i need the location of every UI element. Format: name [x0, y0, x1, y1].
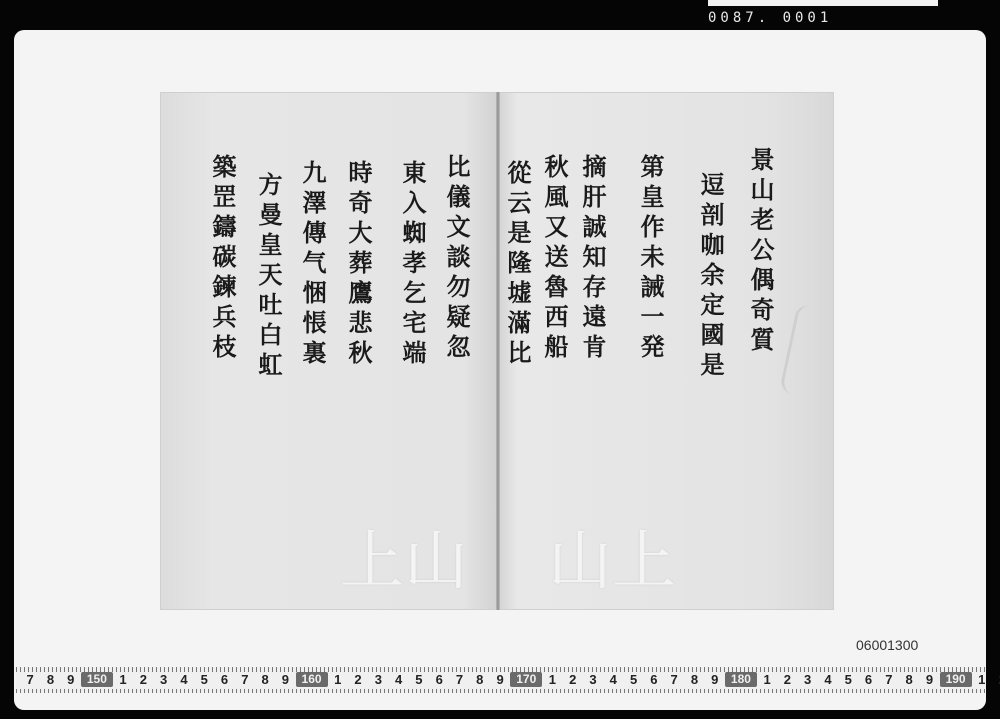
ruler-label: 4 — [818, 672, 838, 687]
ruler-label: 4 — [174, 672, 194, 687]
ruler-label: 7 — [879, 672, 899, 687]
text-column: 築罡鑄碳鍊兵枝 — [210, 154, 234, 364]
text-column: 景山老公偶奇質 — [748, 147, 772, 357]
reference-number: 06001300 — [856, 637, 918, 653]
ruler-label: 4 — [603, 672, 623, 687]
ruler-label: 7 — [20, 672, 40, 687]
ruler-labels: 7891501234567891601234567891701234567891… — [20, 672, 1000, 687]
ruler-label: 160 — [296, 672, 328, 687]
ruler-label: 2 — [992, 672, 1000, 687]
page-fold — [496, 92, 500, 610]
ruler-label: 9 — [919, 672, 939, 687]
ruler-label: 5 — [409, 672, 429, 687]
ruler-label: 6 — [858, 672, 878, 687]
ruler-label: 9 — [275, 672, 295, 687]
ruler-label: 9 — [61, 672, 81, 687]
ruler-label: 6 — [429, 672, 449, 687]
ruler-label: 170 — [510, 672, 542, 687]
text-column: 摘肝誠知存遠肯 — [580, 154, 604, 364]
ruler-label: 150 — [81, 672, 113, 687]
text-column: 秋風又送魯西船 — [542, 154, 566, 364]
ruler-label: 1 — [972, 672, 992, 687]
ruler-label: 190 — [940, 672, 972, 687]
ruler-label: 3 — [583, 672, 603, 687]
ruler-label: 3 — [798, 672, 818, 687]
ruler-label: 5 — [838, 672, 858, 687]
ruler-label: 9 — [705, 672, 725, 687]
text-column: 第皇作未誡一発 — [638, 154, 662, 364]
ruler-label: 7 — [664, 672, 684, 687]
ruler-label: 1 — [328, 672, 348, 687]
ruler-label: 2 — [563, 672, 583, 687]
ruler-label: 1 — [542, 672, 562, 687]
ruler-label: 7 — [449, 672, 469, 687]
text-column: 九澤傳气悃悵裏 — [300, 160, 324, 370]
ruler-label: 8 — [255, 672, 275, 687]
ruler-label: 1 — [113, 672, 133, 687]
ruler-label: 8 — [40, 672, 60, 687]
ruler-label: 3 — [368, 672, 388, 687]
watermark-seal-right: 山上 — [548, 510, 676, 602]
ruler-label: 3 — [153, 672, 173, 687]
text-column: 逗剖咖余定國是 — [698, 172, 722, 382]
text-column: 時奇大葬鷹悲秋 — [346, 160, 370, 370]
ruler-label: 7 — [235, 672, 255, 687]
ruler-label: 5 — [623, 672, 643, 687]
text-column: 方曼皇天吐白虹 — [256, 172, 280, 382]
ruler-label: 8 — [470, 672, 490, 687]
manuscript-spread: 景山老公偶奇質 逗剖咖余定國是 第皇作未誡一発 摘肝誠知存遠肯 秋風又送魯西船 … — [160, 92, 834, 610]
text-column: 從云是隆墟滿比 — [505, 160, 529, 370]
ruler-ticks — [16, 689, 986, 693]
ruler-label: 2 — [133, 672, 153, 687]
ruler-label: 8 — [899, 672, 919, 687]
ruler-label: 9 — [490, 672, 510, 687]
scale-ruler: 7891501234567891601234567891701234567891… — [16, 667, 986, 693]
ruler-label: 6 — [644, 672, 664, 687]
ruler-label: 1 — [757, 672, 777, 687]
watermark-seal-left: 上山 — [340, 510, 468, 602]
ruler-label: 5 — [194, 672, 214, 687]
ruler-label: 2 — [777, 672, 797, 687]
ruler-label: 2 — [348, 672, 368, 687]
film-strip-label-bar — [708, 0, 938, 6]
ruler-label: 6 — [214, 672, 234, 687]
ruler-label: 8 — [684, 672, 704, 687]
text-column: 東入蜘孝乞宅端 — [400, 160, 424, 370]
ruler-label: 4 — [388, 672, 408, 687]
ruler-label: 180 — [725, 672, 757, 687]
frame-code: 0087. 0001 — [708, 10, 832, 26]
text-column: 比儀文談勿疑忽 — [444, 154, 468, 364]
